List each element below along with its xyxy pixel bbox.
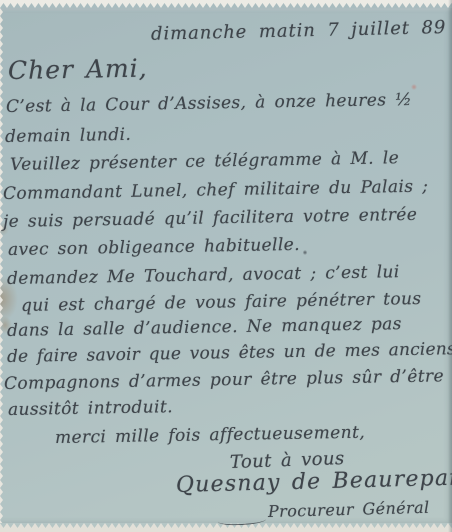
signature-title: Procureur Général (268, 498, 430, 522)
body-line: demain lundi. (5, 125, 132, 148)
letter-photo: dimanche matin 7 juillet 89 Cher Ami, C’… (0, 0, 452, 532)
body-line: Commandant Lunel, chef militaire du Pala… (3, 177, 429, 206)
signature-flourish (218, 515, 266, 526)
salutation: Cher Ami, (8, 53, 148, 87)
body-line: qui est chargé de vous faire pénétrer to… (21, 289, 422, 317)
date-line: dimanche matin 7 juillet 89 (151, 17, 447, 46)
body-line: aussitôt introduit. (8, 397, 173, 421)
signature: Quesnay de Beaurepaire (176, 464, 452, 500)
body-line: demandez Me Touchard, avocat ; c’est lui (7, 262, 400, 290)
body-line: avec son obligeance habituelle. (8, 235, 300, 261)
body-line: Compagnons d’armes pour être plus sûr d’… (4, 366, 444, 395)
body-line: C’est à la Cour d’Assises, à onze heures… (6, 90, 412, 118)
body-line: dans la salle d’audience. Ne manquez pas (7, 314, 402, 342)
perforated-left-edge (0, 8, 3, 523)
body-line: je suis persuadé qu’il facilitera votre … (3, 205, 418, 233)
body-line: de faire savoir que vous êtes un de mes … (7, 339, 452, 368)
body-line: Veuillez présenter ce télégramme à M. le (10, 148, 399, 176)
handwriting-layer: dimanche matin 7 juillet 89 Cher Ami, C’… (0, 0, 452, 532)
closing-line: merci mille fois affectueusement, (55, 423, 365, 450)
